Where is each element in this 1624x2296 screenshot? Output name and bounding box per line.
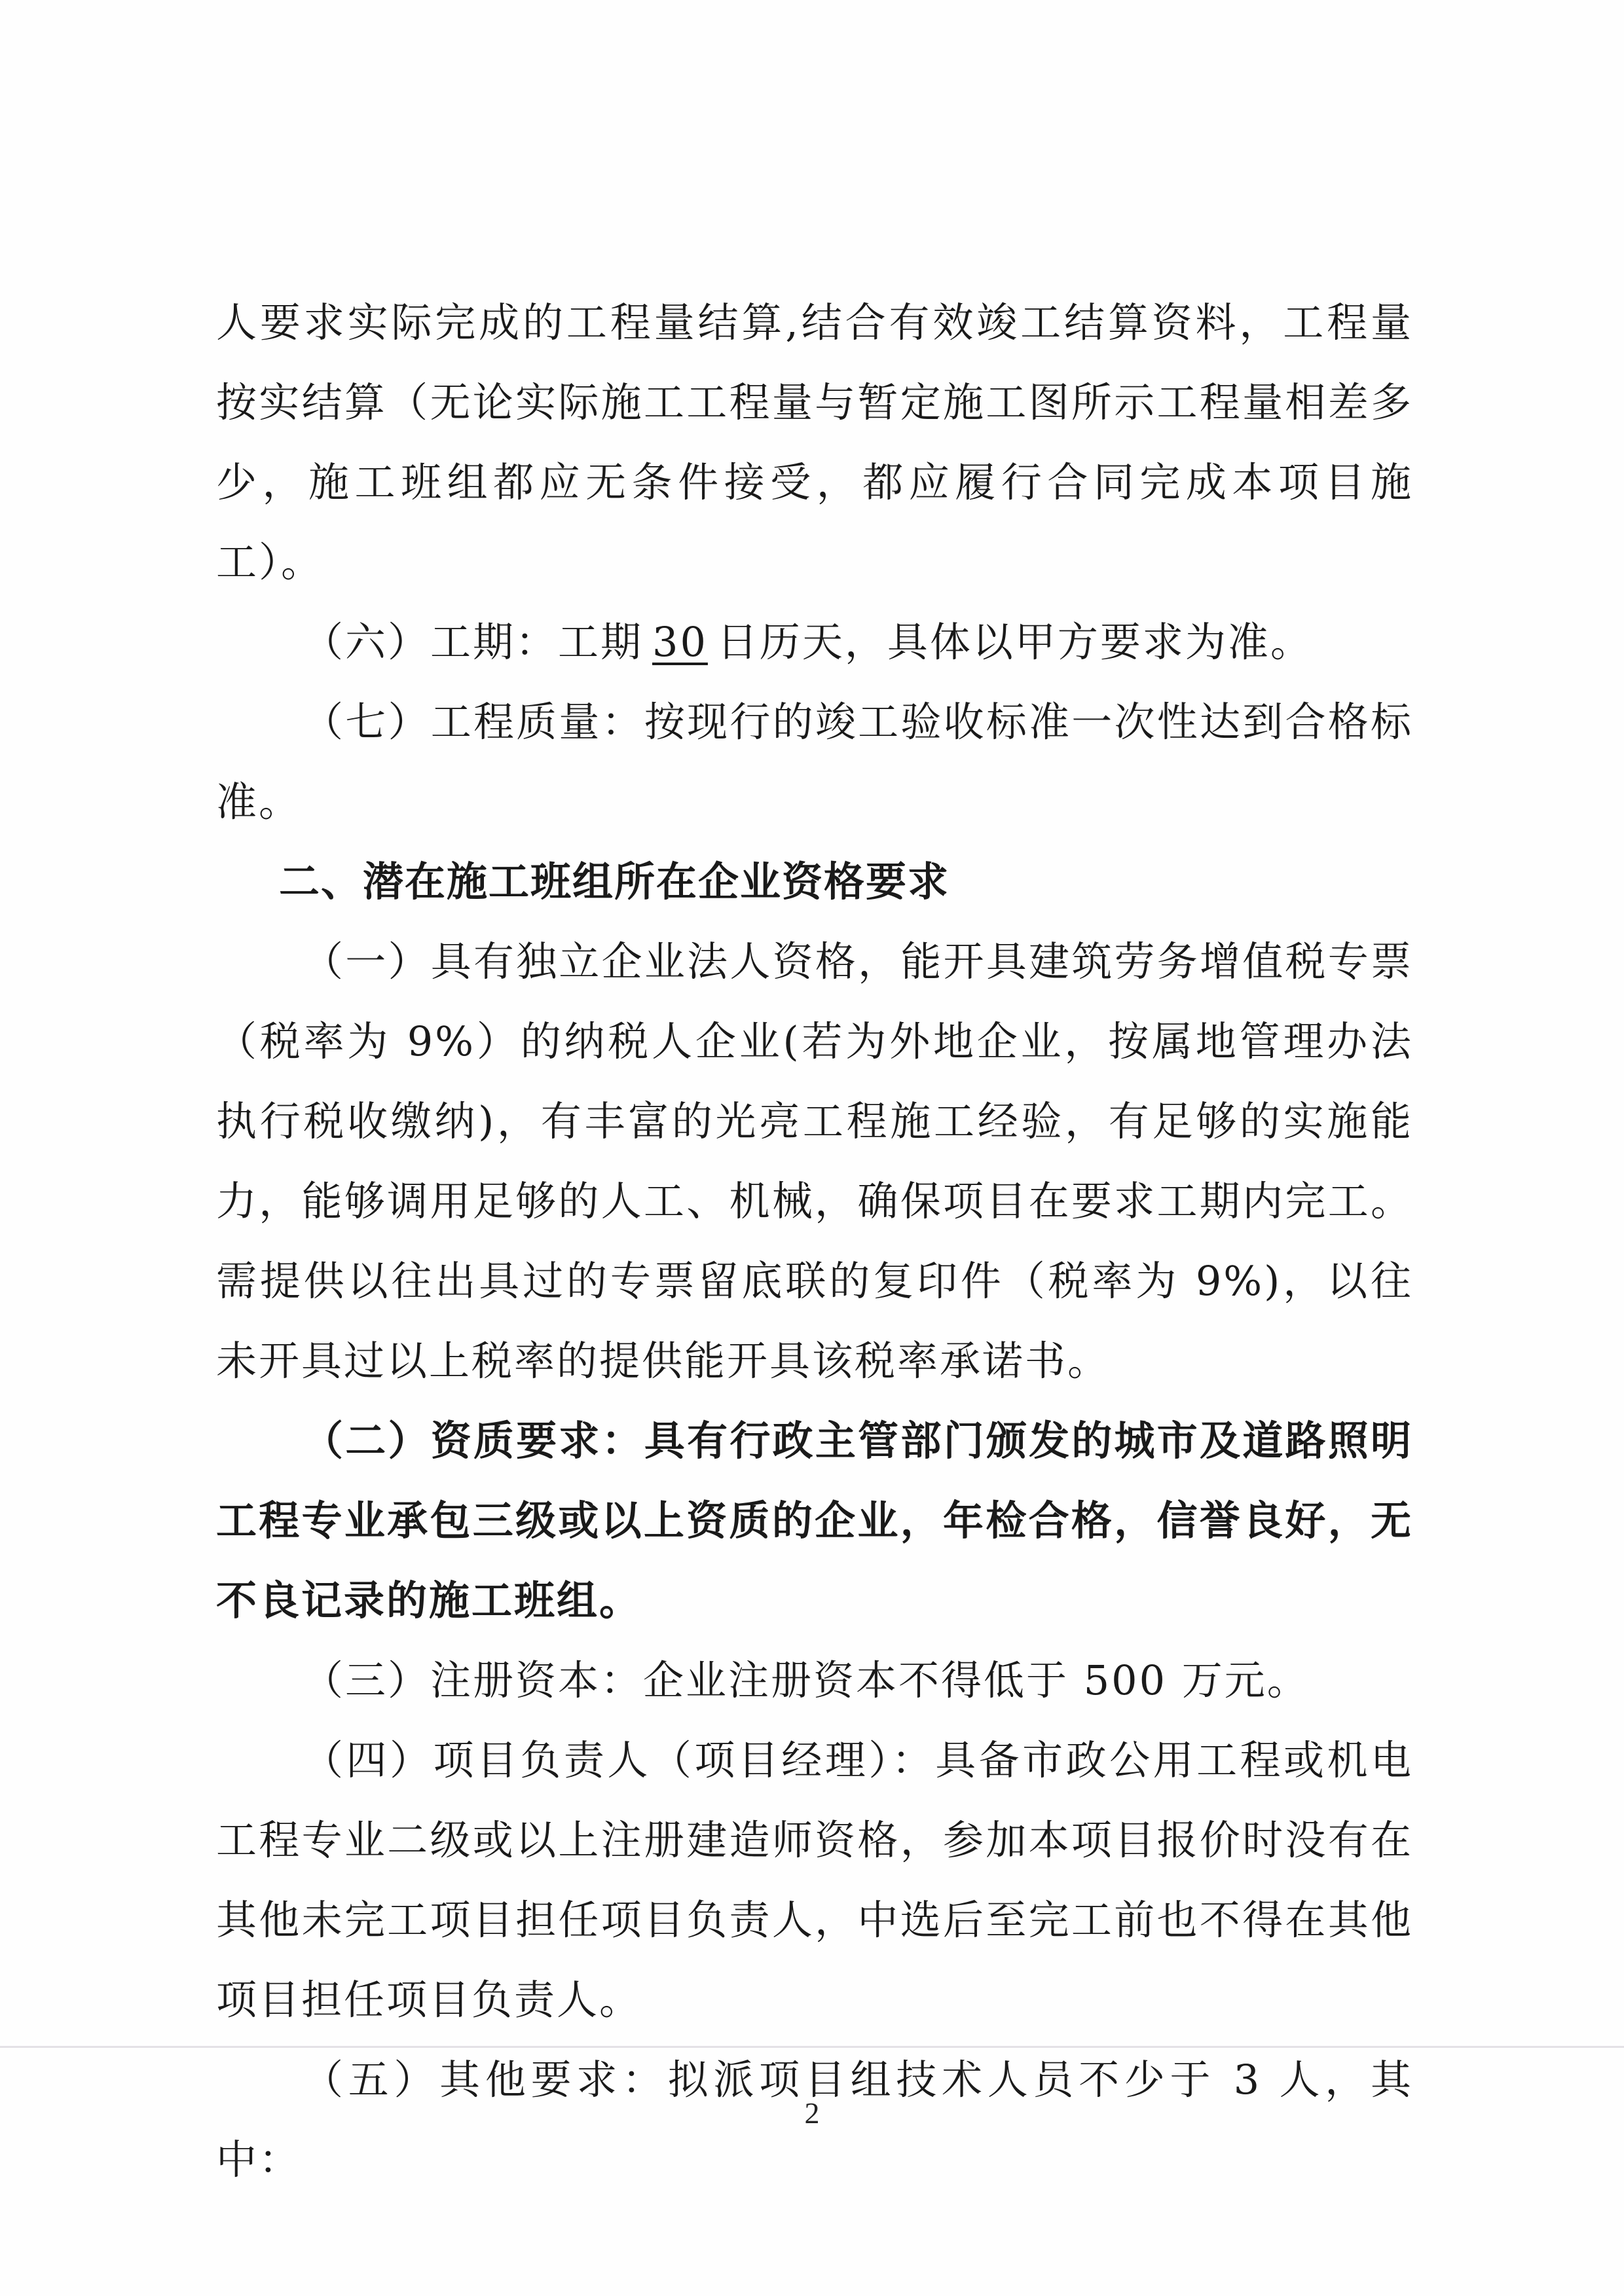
paragraph-requirement-legal-entity: （一）具有独立企业法人资格，能开具建筑劳务增值税专票（税率为 9%）的纳税人企业… (216, 922, 1413, 1401)
paragraph-construction-quality: （七）工程质量：按现行的竣工验收标准一次性达到合格标准。 (216, 682, 1413, 842)
scan-artifact-line (0, 2046, 1624, 2048)
document-body: 人要求实际完成的工程量结算,结合有效竣工结算资料，工程量按实结算（无论实际施工工… (216, 283, 1413, 2200)
period-label: （六）工期：工期 (303, 618, 643, 666)
paragraph-construction-period: （六）工期：工期30日历天，具体以甲方要求为准。 (216, 602, 1413, 682)
paragraph-requirement-project-manager: （四）项目负责人（项目经理）：具备市政公用工程或机电工程专业二级或以上注册建造师… (216, 1721, 1413, 2040)
paragraph-settlement-continuation: 人要求实际完成的工程量结算,结合有效竣工结算资料，工程量按实结算（无论实际施工工… (216, 283, 1413, 602)
paragraph-requirement-registered-capital: （三）注册资本：企业注册资本不得低于 500 万元。 (216, 1641, 1413, 1721)
period-days-value: 30 (643, 618, 717, 666)
paragraph-requirement-qualification: （二）资质要求：具有行政主管部门颁发的城市及道路照明工程专业承包三级或以上资质的… (216, 1401, 1413, 1641)
document-page: 人要求实际完成的工程量结算,结合有效竣工结算资料，工程量按实结算（无论实际施工工… (0, 0, 1624, 2296)
period-suffix: 日历天，具体以甲方要求为准。 (717, 618, 1313, 666)
page-number: 2 (0, 2095, 1624, 2132)
section-heading-qualification: 二、潜在施工班组所在企业资格要求 (216, 842, 1413, 922)
